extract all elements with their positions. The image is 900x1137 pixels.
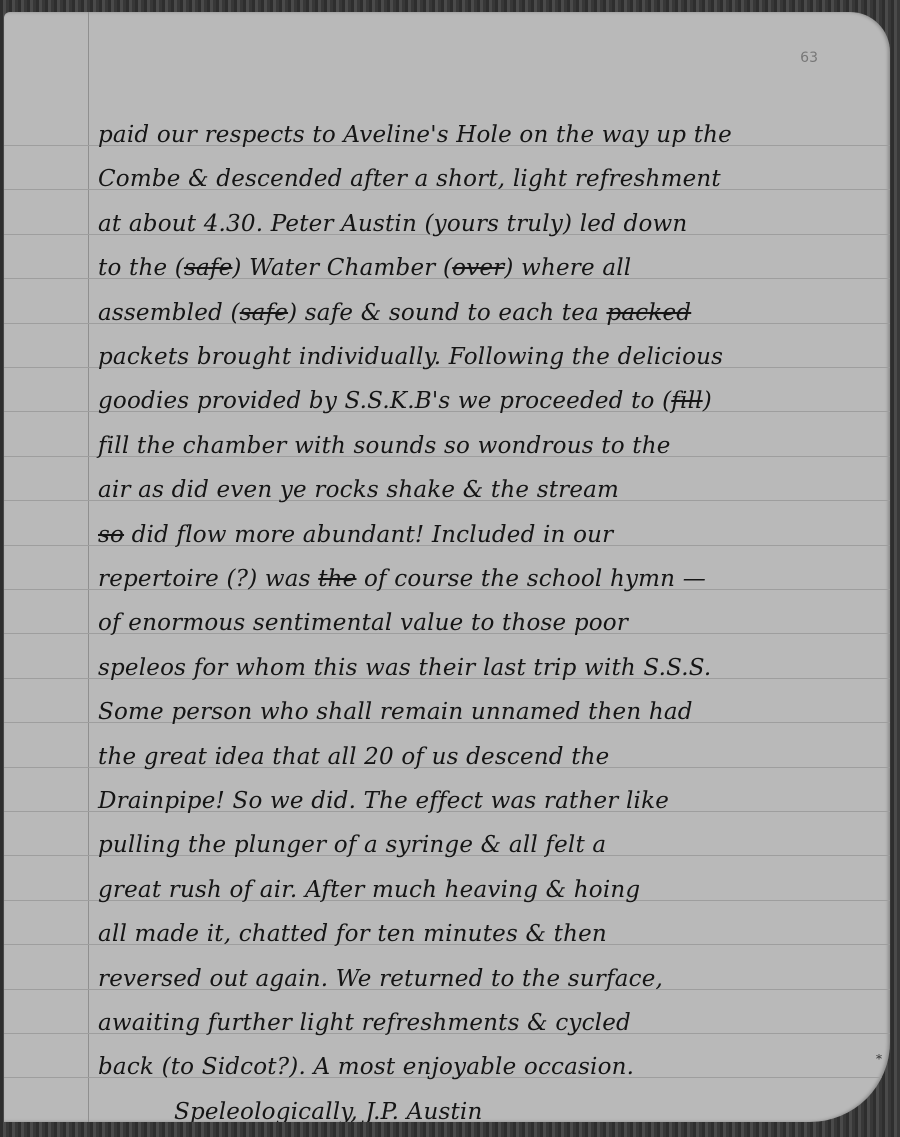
text-line: Some person who shall remain unnamed the… xyxy=(98,701,870,724)
text-line: speleos for whom this was their last tri… xyxy=(98,657,870,680)
text-line: Combe & descended after a short, light r… xyxy=(98,168,870,191)
text-line: pulling the plunger of a syringe & all f… xyxy=(98,834,870,857)
crossed-out-word: safe xyxy=(240,300,288,326)
text-line: air as did even ye rocks shake & the str… xyxy=(98,479,870,502)
text-line: reversed out again. We returned to the s… xyxy=(98,968,870,991)
page-number: 63 xyxy=(800,50,818,66)
text-line: Drainpipe! So we did. The effect was rat… xyxy=(98,790,870,813)
crossed-out-word: over xyxy=(452,255,504,281)
crossed-out-word: fill xyxy=(671,388,702,414)
margin-line xyxy=(88,12,89,1122)
text-line: goodies provided by S.S.K.B's we proceed… xyxy=(98,390,870,413)
signature: Speleologically, J.P. Austin xyxy=(174,1101,870,1122)
text-line: the great idea that all 20 of us descend… xyxy=(98,746,870,769)
text-line: packets brought individually. Following … xyxy=(98,346,870,369)
text-line: all made it, chatted for ten minutes & t… xyxy=(98,923,870,946)
text-line: assembled (safe) safe & sound to each te… xyxy=(98,302,870,325)
crossed-out-word: the xyxy=(318,566,356,592)
text-line: back (to Sidcot?). A most enjoyable occa… xyxy=(98,1056,870,1079)
crossed-out-word: so xyxy=(98,522,124,548)
text-line: of enormous sentimental value to those p… xyxy=(98,612,870,635)
text-line: to the (safe) Water Chamber (over) where… xyxy=(98,257,870,280)
text-line: fill the chamber with sounds so wondrous… xyxy=(98,435,870,458)
text-line: paid our respects to Aveline's Hole on t… xyxy=(98,124,870,147)
text-line: awaiting further light refreshments & cy… xyxy=(98,1012,870,1035)
text-line: at about 4.30. Peter Austin (yours truly… xyxy=(98,213,870,236)
text-line: great rush of air. After much heaving & … xyxy=(98,879,870,902)
notebook-page: 63 paid our respects to Aveline's Hole o… xyxy=(4,12,890,1122)
crossed-out-word: packed xyxy=(606,300,691,326)
stray-mark: * xyxy=(876,1052,882,1066)
text-line: so did flow more abundant! Included in o… xyxy=(98,524,870,547)
text-line: repertoire (?) was the of course the sch… xyxy=(98,568,870,591)
crossed-out-word: safe xyxy=(184,255,232,281)
